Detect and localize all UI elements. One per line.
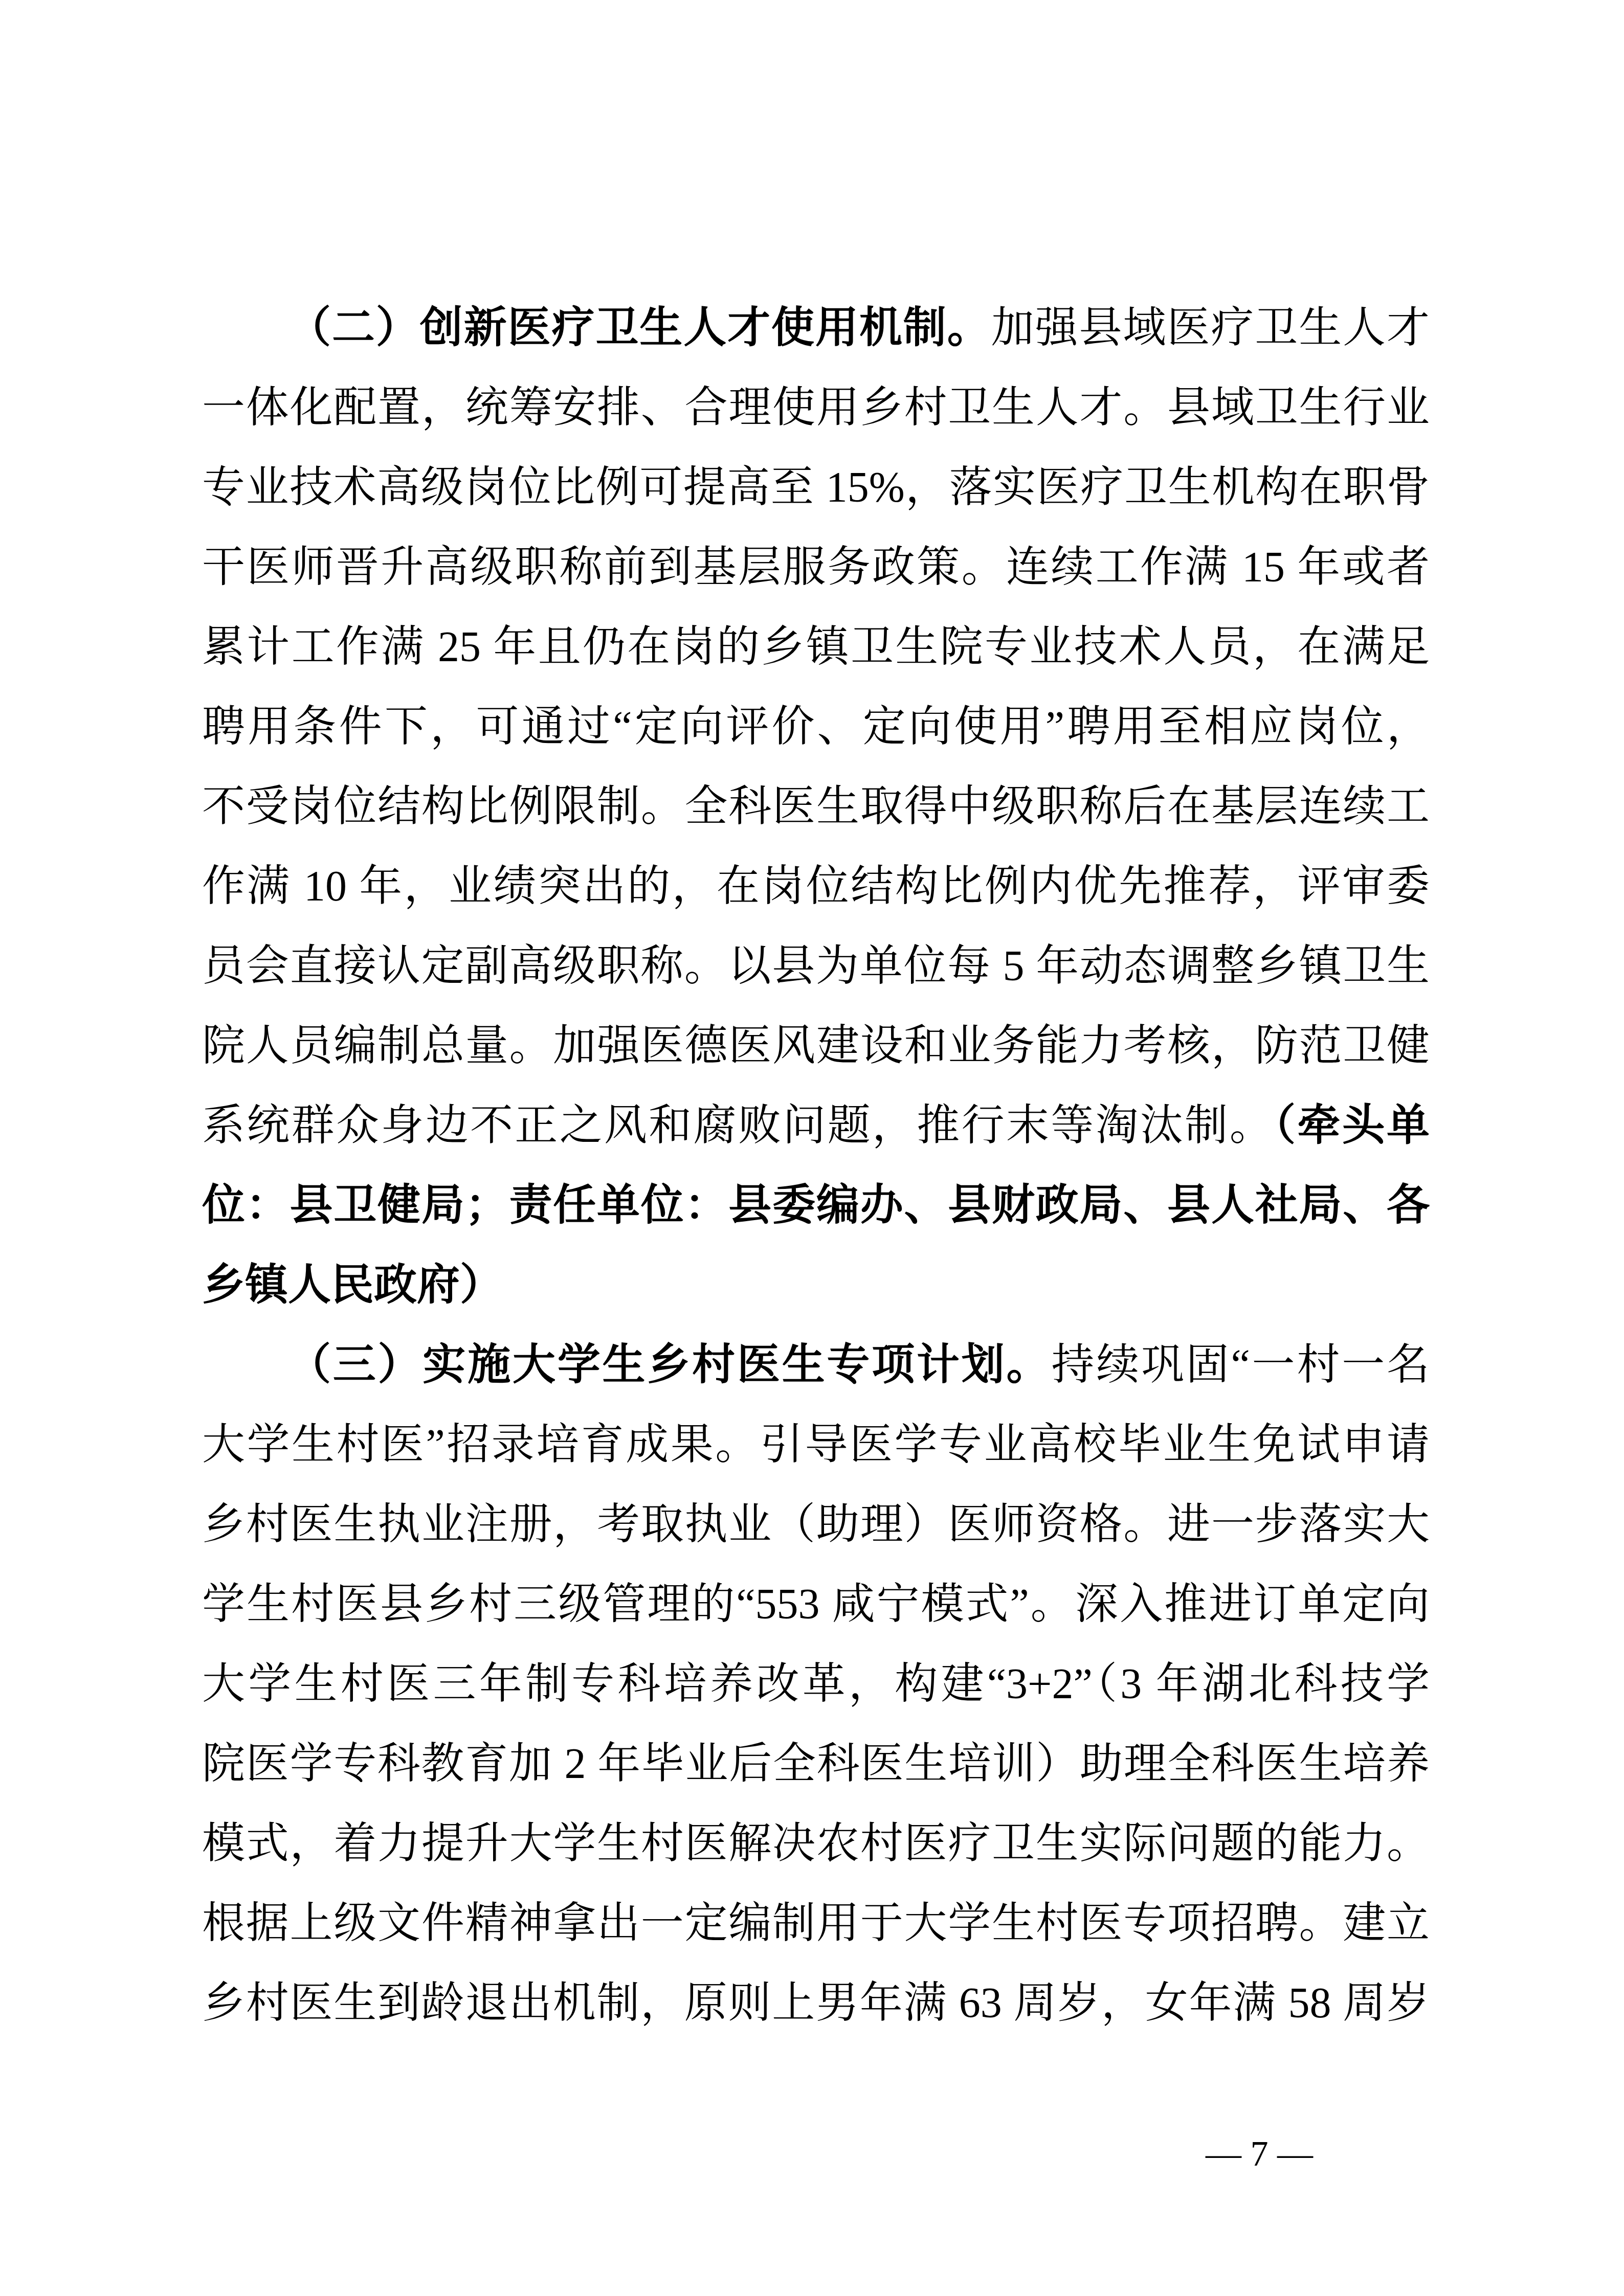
text-segment: 专业技术高级岗位比例可提高至 15%，落实医疗卫生机构在职骨 (202, 464, 1430, 511)
text-line: 乡村医生执业注册，考取执业（助理）医师资格。进一步落实大 (202, 1485, 1430, 1565)
text-segment: 根据上级文件精神拿出一定编制用于大学生村医专项招聘。建立 (202, 1900, 1430, 1947)
page-number: — 7 — (1206, 2136, 1313, 2172)
text-segment: 作满 10 年，业绩突出的，在岗位结构比例内优先推荐，评审委 (202, 863, 1430, 910)
text-line: 大学生村医三年制专科培养改革，构建“3+2”（3 年湖北科技学 (202, 1645, 1430, 1724)
text-line: 乡村医生到龄退出机制，原则上男年满 63 周岁，女年满 58 周岁 (202, 1964, 1430, 2043)
bold-text-segment: （三）实施大学生乡村医生专项计划。 (288, 1341, 1051, 1389)
text-line: 专业技术高级岗位比例可提高至 15%，落实医疗卫生机构在职骨 (202, 448, 1430, 528)
text-segment: 持续巩固“一村一名 (1051, 1341, 1430, 1389)
text-segment: 不受岗位结构比例限制。全科医生取得中级职称后在基层连续工 (202, 783, 1430, 830)
text-line: （二）创新医疗卫生人才使用机制。加强县域医疗卫生人才 (202, 288, 1430, 368)
text-segment: 干医师晋升高级职称前到基层服务政策。连续工作满 15 年或者 (202, 544, 1430, 591)
text-line: 乡镇人民政府） (202, 1246, 1430, 1325)
text-segment: 大学生村医三年制专科培养改革，构建“3+2”（3 年湖北科技学 (202, 1660, 1430, 1708)
document-page: （二）创新医疗卫生人才使用机制。加强县域医疗卫生人才一体化配置，统筹安排、合理使… (0, 0, 1624, 2296)
text-line: 大学生村医”招录培育成果。引导医学专业高校毕业生免试申请 (202, 1405, 1430, 1485)
text-line: 位：县卫健局；责任单位：县委编办、县财政局、县人社局、各 (202, 1166, 1430, 1246)
text-line: 模式，着力提升大学生村医解决农村医疗卫生实际问题的能力。 (202, 1804, 1430, 1884)
text-segment: 累计工作满 25 年且仍在岗的乡镇卫生院专业技术人员，在满足 (202, 623, 1430, 671)
text-segment: 学生村医县乡村三级管理的“553 咸宁模式”。深入推进订单定向 (202, 1581, 1430, 1628)
document-body: （二）创新医疗卫生人才使用机制。加强县域医疗卫生人才一体化配置，统筹安排、合理使… (202, 288, 1430, 2043)
page-number-text: — 7 — (1206, 2134, 1313, 2174)
text-segment: 模式，着力提升大学生村医解决农村医疗卫生实际问题的能力。 (202, 1820, 1430, 1867)
text-line: （三）实施大学生乡村医生专项计划。持续巩固“一村一名 (202, 1325, 1430, 1405)
text-segment: 加强县域医疗卫生人才 (991, 304, 1430, 352)
bold-text-segment: （牵头单 (1274, 1102, 1430, 1150)
text-line: 根据上级文件精神拿出一定编制用于大学生村医专项招聘。建立 (202, 1884, 1430, 1964)
text-line: 学生村医县乡村三级管理的“553 咸宁模式”。深入推进订单定向 (202, 1565, 1430, 1645)
text-segment: 院医学专科教育加 2 年毕业后全科医生培训）助理全科医生培养 (202, 1740, 1430, 1788)
text-segment: 乡村医生到龄退出机制，原则上男年满 63 周岁，女年满 58 周岁 (202, 1979, 1430, 2027)
text-line: 系统群众身边不正之风和腐败问题，推行末等淘汰制。（牵头单 (202, 1086, 1430, 1166)
text-segment: 大学生村医”招录培育成果。引导医学专业高校毕业生免试申请 (202, 1421, 1430, 1469)
text-line: 一体化配置，统筹安排、合理使用乡村卫生人才。县域卫生行业 (202, 368, 1430, 448)
text-line: 院医学专科教育加 2 年毕业后全科医生培训）助理全科医生培养 (202, 1724, 1430, 1804)
text-line: 累计工作满 25 年且仍在岗的乡镇卫生院专业技术人员，在满足 (202, 607, 1430, 687)
text-segment: 乡村医生执业注册，考取执业（助理）医师资格。进一步落实大 (202, 1501, 1430, 1548)
text-line: 不受岗位结构比例限制。全科医生取得中级职称后在基层连续工 (202, 767, 1430, 847)
bold-text-segment: 乡镇人民政府） (202, 1262, 503, 1309)
bold-text-segment: （二）创新医疗卫生人才使用机制。 (288, 304, 991, 352)
text-segment: 一体化配置，统筹安排、合理使用乡村卫生人才。县域卫生行业 (202, 384, 1430, 432)
text-segment: 系统群众身边不正之风和腐败问题，推行末等淘汰制。 (202, 1102, 1274, 1150)
text-segment: 员会直接认定副高级职称。以县为单位每 5 年动态调整乡镇卫生 (202, 942, 1430, 990)
text-line: 员会直接认定副高级职称。以县为单位每 5 年动态调整乡镇卫生 (202, 927, 1430, 1006)
text-line: 干医师晋升高级职称前到基层服务政策。连续工作满 15 年或者 (202, 528, 1430, 607)
text-line: 作满 10 年，业绩突出的，在岗位结构比例内优先推荐，评审委 (202, 847, 1430, 927)
text-segment: 院人员编制总量。加强医德医风建设和业务能力考核，防范卫健 (202, 1022, 1430, 1070)
bold-text-segment: 位：县卫健局；责任单位：县委编办、县财政局、县人社局、各 (202, 1182, 1430, 1229)
text-segment: 聘用条件下，可通过“定向评价、定向使用”聘用至相应岗位， (202, 703, 1430, 751)
text-line: 聘用条件下，可通过“定向评价、定向使用”聘用至相应岗位， (202, 687, 1430, 767)
text-line: 院人员编制总量。加强医德医风建设和业务能力考核，防范卫健 (202, 1006, 1430, 1086)
